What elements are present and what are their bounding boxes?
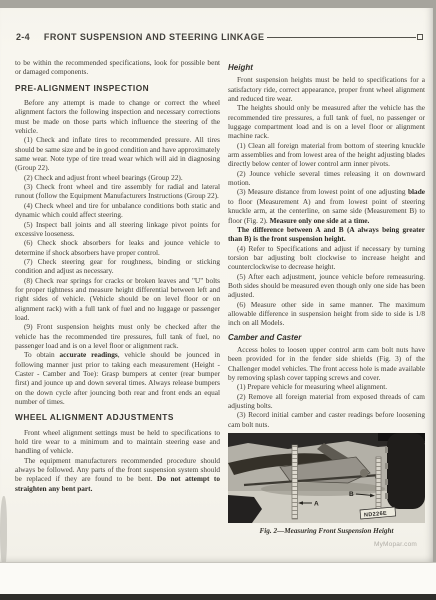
paragraph: The heights should only be measured afte… <box>228 103 425 140</box>
text-run: (3) Record initial camber and caster rea… <box>228 410 425 428</box>
bold-text-run: Measure only one side at a time. <box>270 216 370 225</box>
paragraph: (2) Remove all foreign material from exp… <box>228 392 425 411</box>
text-run: (7) Check steering gear for roughness, b… <box>15 257 220 275</box>
tire-tread-mark <box>385 447 388 453</box>
section-heading: WHEEL ALIGNMENT ADJUSTMENTS <box>15 413 220 422</box>
text-run: The heights should only be measured afte… <box>228 103 425 140</box>
paragraph: The equipment manufacturers recommended … <box>15 456 220 493</box>
paragraph: to be within the recommended specificati… <box>15 58 220 77</box>
paragraph: Before any attempt is made to change or … <box>15 98 220 135</box>
paragraph: Front wheel alignment settings must be h… <box>15 428 220 456</box>
header-rule <box>267 37 416 38</box>
paragraph: (3) Record initial camber and caster rea… <box>228 410 425 429</box>
text-run: (1) Prepare vehicle for measuring wheel … <box>237 382 387 391</box>
paragraph: (1) Clean all foreign material from bott… <box>228 141 425 169</box>
paragraph: (4) Refer to Specifications and adjust i… <box>228 244 425 272</box>
text-run: (1) Check and inflate tires to recommend… <box>15 135 220 172</box>
measurement-label-a: A <box>314 501 319 508</box>
paragraph: (7) Check steering gear for roughness, b… <box>15 257 220 276</box>
header-rule-end-square <box>417 34 423 40</box>
paragraph: (2) Check and adjust front wheel bearing… <box>15 173 220 182</box>
text-run: (4) Refer to Specifications and adjust i… <box>228 244 425 272</box>
paragraph: (3) Measure distance from lowest point o… <box>228 187 425 224</box>
right-column: HeightFront suspension heights must be h… <box>228 58 425 536</box>
text-run: (9) Front suspension heights must only b… <box>15 322 220 350</box>
left-column: to be within the recommended specificati… <box>15 58 220 493</box>
page-number: 2-4 <box>16 32 30 42</box>
tire-tread-mark <box>385 493 388 499</box>
ruler-b <box>376 457 381 513</box>
paragraph: (1) Check and inflate tires to recommend… <box>15 135 220 172</box>
scan-background-edge <box>0 594 436 600</box>
photo-shadow <box>261 482 385 496</box>
measurement-label-b: B <box>349 491 354 498</box>
paragraph: (6) Check shock absorbers for leaks and … <box>15 238 220 257</box>
text-run: To obtain <box>24 350 60 359</box>
paragraph: (9) Front suspension heights must only b… <box>15 322 220 350</box>
text-run: Before any attempt is made to change or … <box>15 98 220 135</box>
section-heading: PRE-ALIGNMENT INSPECTION <box>15 84 220 93</box>
text-run: (5) Inspect ball joints and all steering… <box>15 220 220 238</box>
tire <box>387 433 425 509</box>
text-run: (3) Check front wheel and tire assembly … <box>15 182 220 200</box>
paragraph: (3) Check front wheel and tire assembly … <box>15 182 220 201</box>
paragraph: (5) After each adjustment, jounce vehicl… <box>228 272 425 300</box>
underlying-sheet-edge <box>0 562 436 595</box>
paragraph: (4) Check wheel and tire for unbalance c… <box>15 201 220 220</box>
page-title: FRONT SUSPENSION AND STEERING LINKAGE <box>44 32 264 42</box>
text-run: (4) Check wheel and tire for unbalance c… <box>15 201 220 219</box>
text-run: Front wheel alignment settings must be h… <box>15 428 220 456</box>
bold-text-run: accurate readings <box>60 350 118 359</box>
text-run: (5) After each adjustment, jounce vehicl… <box>228 272 425 300</box>
right-column-text: HeightFront suspension heights must be h… <box>228 63 425 429</box>
text-run: (2) Jounce vehicle several times releasi… <box>228 169 425 187</box>
paragraph: To obtain accurate readings, vehicle sho… <box>15 350 220 406</box>
paper-sheet: 2-4 FRONT SUSPENSION AND STEERING LINKAG… <box>0 8 433 562</box>
bold-text-run: blade <box>408 187 425 196</box>
text-run: (8) Check rear springs for cracks or bro… <box>15 276 220 322</box>
text-run: (1) Clean all foreign material from bott… <box>228 141 425 169</box>
scanned-manual-page: { "header": { "page_number": "2-4", "tit… <box>0 0 436 600</box>
paragraph: (1) Prepare vehicle for measuring wheel … <box>228 382 425 391</box>
paragraph: (8) Check rear springs for cracks or bro… <box>15 276 220 323</box>
text-run: to be within the recommended specificati… <box>15 58 220 76</box>
figure-2: A B ND226E Fig. 2—Measuring Front Suspen… <box>228 433 425 536</box>
paragraph: (2) Jounce vehicle several times releasi… <box>228 169 425 188</box>
running-head: 2-4 FRONT SUSPENSION AND STEERING LINKAG… <box>16 32 423 42</box>
tire-tread-mark <box>385 479 388 485</box>
text-run: (2) Check and adjust front wheel bearing… <box>24 173 183 182</box>
text-run: Front suspension heights must be held to… <box>228 75 425 103</box>
bold-text-run: The difference between A and B (A always… <box>228 225 425 243</box>
text-run: (6) Check shock absorbers for leaks and … <box>15 238 220 256</box>
watermark: MyMopar.com <box>374 541 417 548</box>
tire-tread-mark <box>385 463 388 469</box>
ball-joint <box>360 469 368 477</box>
text-run: Access holes to loosen upper control arm… <box>228 345 425 382</box>
paragraph: The difference between A and B (A always… <box>228 225 425 244</box>
scan-edge-blotch <box>0 496 7 568</box>
section-heading: Camber and Caster <box>228 333 425 342</box>
paragraph: Front suspension heights must be held to… <box>228 75 425 103</box>
figure-photo-suspension-underside: A B ND226E <box>228 433 425 523</box>
paragraph: Access holes to loosen upper control arm… <box>228 345 425 382</box>
paragraph: (6) Measure other side in same manner. T… <box>228 300 425 328</box>
figure-caption: Fig. 2—Measuring Front Suspension Height <box>228 527 425 536</box>
text-run: (2) Remove all foreign material from exp… <box>228 392 425 410</box>
section-heading: Height <box>228 63 425 72</box>
text-run: (6) Measure other side in same manner. T… <box>228 300 425 328</box>
paragraph: (5) Inspect ball joints and all steering… <box>15 220 220 239</box>
text-run: (3) Measure distance from lowest point o… <box>237 187 408 196</box>
